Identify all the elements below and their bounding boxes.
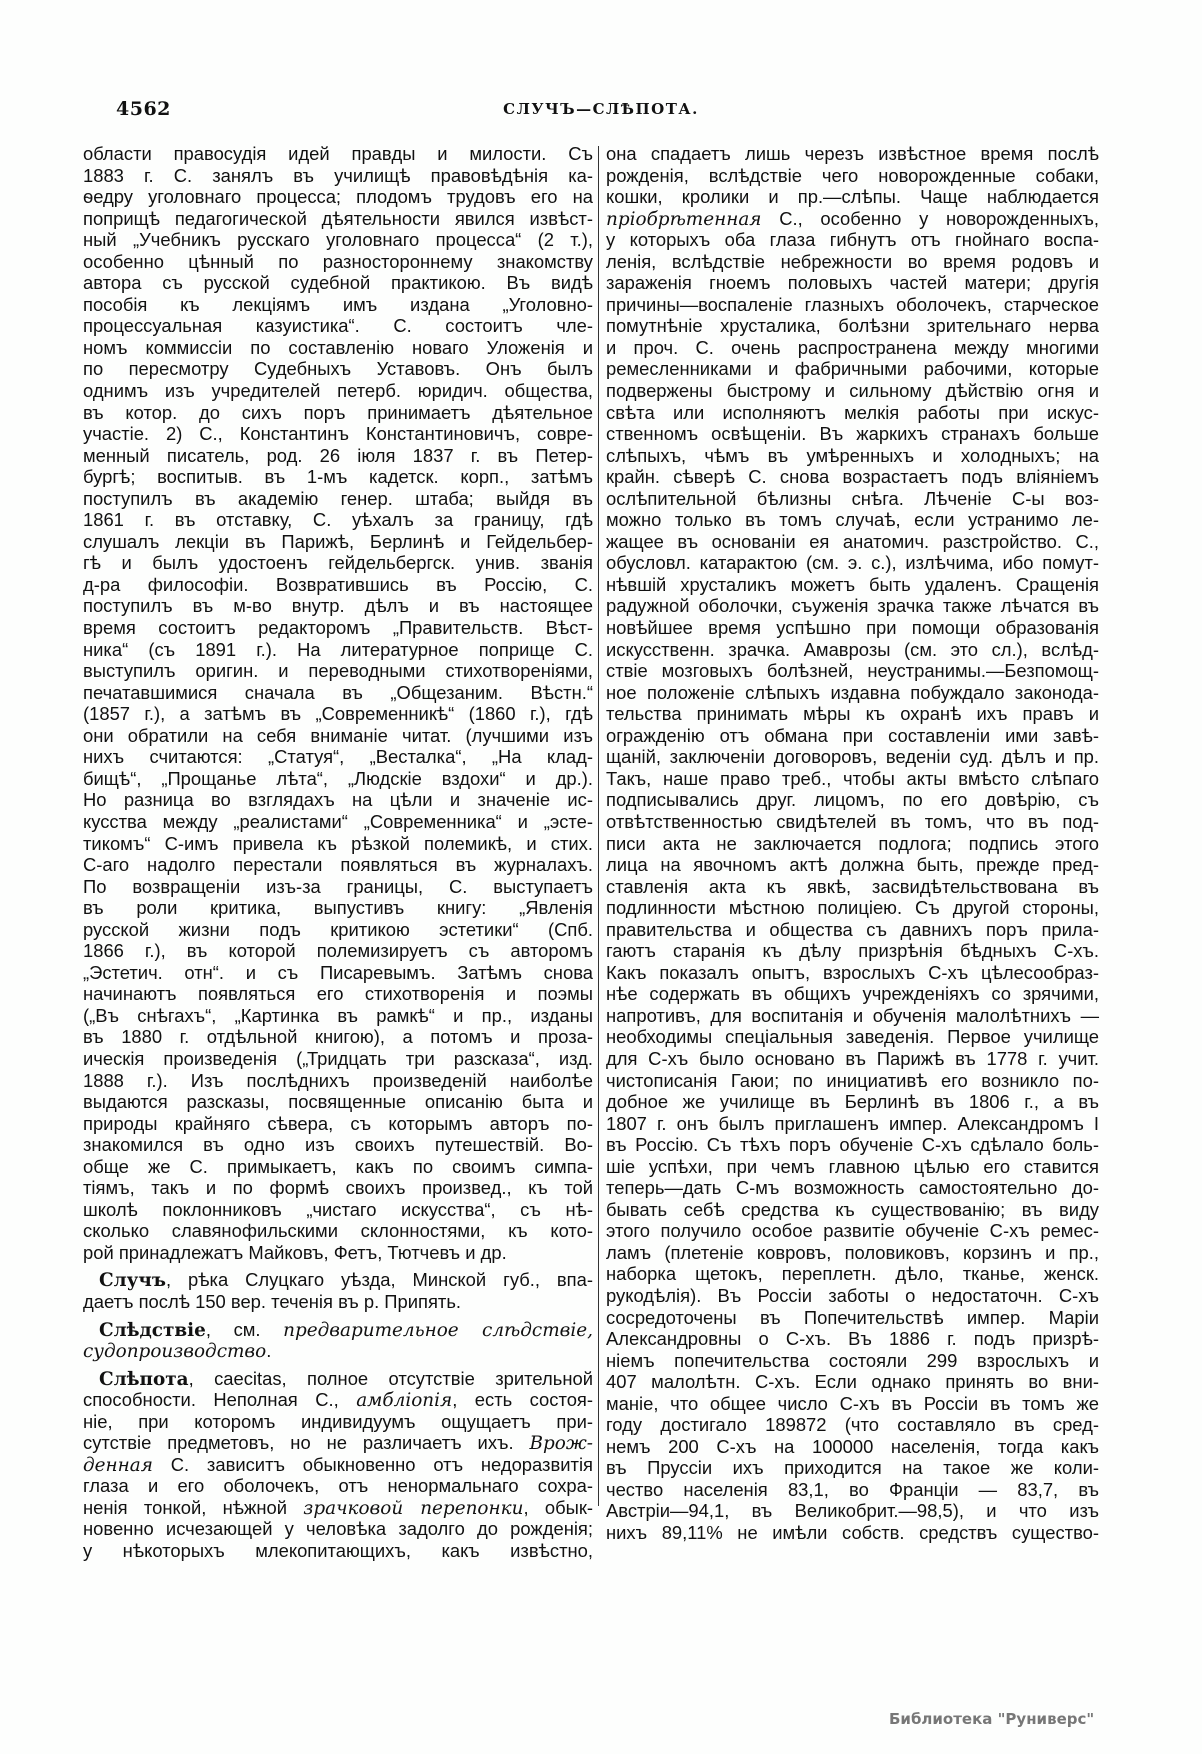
text-line: бургѣ; воспитыв. въ 1-мъ кадетск. корп.,… xyxy=(83,466,593,488)
text-line: помутнѣніе хрусталика, болѣзни зрительна… xyxy=(606,315,1099,337)
text-line: ственномъ освѣщеніи. Въ жаркихъ странахъ… xyxy=(606,423,1099,445)
text-run: ствіе мозговыхъ болѣзней, неустранимы.—Б… xyxy=(606,660,1099,681)
text-line: ное положеніе слѣпыхъ издавна побуждало … xyxy=(606,682,1099,704)
text-run: начинаютъ появляться его стихотворенія и… xyxy=(83,983,593,1004)
text-run: бывать себѣ средства къ существованію; в… xyxy=(606,1199,1099,1220)
text-line: году достигало 189872 (что составляло въ… xyxy=(606,1414,1099,1436)
text-line: рожденія, вслѣдствіе чего новорожденные … xyxy=(606,165,1099,187)
text-line: номъ коммиссіи по составленію новаго Уло… xyxy=(83,337,593,359)
text-line: школѣ поклонниковъ „чистаго искусства“, … xyxy=(83,1199,593,1221)
text-run: ника“ (съ 1891 г.). На литературное попр… xyxy=(83,639,593,660)
text-run: бургѣ; воспитыв. въ 1-мъ кадетск. корп.,… xyxy=(83,466,593,487)
text-run: этого получило особое развитіе обученіе … xyxy=(606,1220,1099,1241)
text-line: даетъ послѣ 150 вер. теченія въ р. Припя… xyxy=(83,1291,593,1313)
text-run: С., особенно у новорожденныхъ, xyxy=(762,208,1100,229)
text-run: щаній, заключеніи договоровъ, веденіи су… xyxy=(606,746,1099,767)
text-run: 1861 г. въ отставку, С. уѣхалъ за границ… xyxy=(83,509,593,530)
text-run: ніе, при которомъ индивидуумъ ощущаетъ п… xyxy=(83,1411,593,1432)
text-run: д-ра философіи. Возвратившись въ Россію,… xyxy=(83,574,593,595)
text-line: жащее въ основаніи ея анатомич. разстрой… xyxy=(606,531,1099,553)
text-line: рукодѣлія). Въ Россіи заботы о недостато… xyxy=(606,1285,1099,1307)
text-run: правительства и общества съ давнихъ поръ… xyxy=(606,919,1099,940)
text-line: сосредоточены въ Попечительствѣ импер. М… xyxy=(606,1307,1099,1329)
headword: Слѣпота xyxy=(99,1369,189,1390)
text-line: начинаютъ появляться его стихотворенія и… xyxy=(83,983,593,1005)
text-run: бищѣ“, „Прощанье лѣта“, „Людскіе вздохи“… xyxy=(83,768,593,789)
text-run: ственномъ освѣщеніи. Въ жаркихъ странахъ… xyxy=(606,423,1099,444)
text-run: въ роли критика, выпустивъ книгу: „Явлен… xyxy=(83,897,593,918)
text-line: По возвращеніи изъ-за границы, С. выступ… xyxy=(83,876,593,898)
text-line: необходимы спеціальныя заведенія. Первое… xyxy=(606,1026,1099,1048)
text-run: особенно цѣнный по разностороннему знако… xyxy=(83,251,593,272)
text-run: участіе. 2) С., Константинъ Константинов… xyxy=(83,423,593,444)
text-run: можно только въ томъ случаѣ, если устран… xyxy=(606,509,1099,530)
headword: Слѣдствіе xyxy=(99,1320,206,1341)
text-run: природы крайняго сѣвера, съ которымъ авт… xyxy=(83,1113,593,1134)
cross-reference: предварительное слѣдствіе, xyxy=(283,1320,593,1341)
text-run: тіямъ, такъ и по формѣ своихъ произвед.,… xyxy=(83,1177,593,1198)
text-line: 1807 г. онъ былъ приглашенъ импер. Алекс… xyxy=(606,1113,1099,1135)
text-line: обще же С. примыкаетъ, какъ по своимъ си… xyxy=(83,1156,593,1178)
text-run: автора съ русской судебной практикою. Въ… xyxy=(83,272,593,293)
text-run: рой принадлежатъ Майковъ, Фетъ, Тютчевъ … xyxy=(83,1242,507,1263)
text-run: , обык- xyxy=(523,1497,593,1518)
text-run: 1883 г. С. занялъ въ училищѣ правовѣдѣні… xyxy=(83,165,593,186)
text-run: крайн. сѣверѣ С. снова возрастаетъ подъ … xyxy=(606,466,1099,487)
text-line: новѣйшее время успѣшно при помощи образо… xyxy=(606,617,1099,639)
text-line: кошки, кролики и пр.—слѣпы. Чаще наблюда… xyxy=(606,186,1099,208)
text-line: природы крайняго сѣвера, съ которымъ авт… xyxy=(83,1113,593,1135)
text-line: ставленія акта къ явкѣ, засвидѣтельствов… xyxy=(606,876,1099,898)
text-line: Такъ, наше право треб., чтобы акты вмѣст… xyxy=(606,768,1099,790)
text-line: время состоитъ редакторомъ „Правительств… xyxy=(83,617,593,639)
text-line: лица на явочномъ актѣ должна быть, прежд… xyxy=(606,854,1099,876)
text-run: глаза и его оболочекъ, отъ ненормальнаго… xyxy=(83,1475,593,1496)
text-line: сколько славянофильскими склонностями, к… xyxy=(83,1220,593,1242)
text-line: процессуальная казуистика“. С. состоитъ … xyxy=(83,315,593,337)
text-line: щаній, заключеніи договоровъ, веденіи су… xyxy=(606,746,1099,768)
text-line: пособія къ лекціямъ имъ издана „Уголовно… xyxy=(83,294,593,316)
text-line: автора съ русской судебной практикою. Въ… xyxy=(83,272,593,294)
text-run: сосредоточены въ Попечительствѣ импер. М… xyxy=(606,1307,1099,1328)
text-line: подлинности мѣстною полиціею. Съ другой … xyxy=(606,897,1099,919)
text-line: напротивъ, для воспитанія и обученія мал… xyxy=(606,1005,1099,1027)
text-run: , есть состоя- xyxy=(452,1389,593,1410)
text-run: С. зависитъ обыкновенно отъ недоразвитія xyxy=(153,1454,593,1475)
text-run: у нѣкоторыхъ млекопитающихъ, какъ извѣст… xyxy=(83,1540,593,1561)
text-run: школѣ поклонниковъ „чистаго искусства“, … xyxy=(83,1199,593,1220)
headword: Случъ xyxy=(99,1270,166,1291)
text-run: поступилъ въ м-во внутр. дѣлъ и въ насто… xyxy=(83,595,593,616)
text-run: номъ коммиссіи по составленію новаго Уло… xyxy=(83,337,593,358)
text-run: гаютъ старанія къ дѣлу призрѣнія бѣдныхъ… xyxy=(606,940,1099,961)
text-run: жащее въ основаніи ея анатомич. разстрой… xyxy=(606,531,1099,552)
text-line: тіямъ, такъ и по формѣ своихъ произвед.,… xyxy=(83,1177,593,1199)
text-run: добное же училище въ Берлинѣ въ 1806 г.,… xyxy=(606,1091,1099,1112)
text-run: По возвращеніи изъ-за границы, С. выступ… xyxy=(83,876,593,897)
text-line: нихъ считаются: „Статуя“, „Весталка“, „Н… xyxy=(83,746,593,768)
text-run: теперь—дать С-мъ возможность самостоятел… xyxy=(606,1177,1099,1198)
text-line: ламъ (плетеніе ковровъ, половиковъ, корз… xyxy=(606,1242,1099,1264)
text-line: слушалъ лекціи въ Парижѣ, Берлинѣ и Гейд… xyxy=(83,531,593,553)
text-run: шіе успѣхи, при чемъ главною цѣлью его с… xyxy=(606,1156,1099,1177)
text-line: тикомъ“ С-имъ привела къ рѣзкой полемикѣ… xyxy=(83,833,593,855)
text-run: Какъ показалъ опытъ, взрослыхъ С-хъ цѣле… xyxy=(606,962,1099,983)
text-line: ослѣпительной бѣлизны снѣга. Лѣченіе С-ы… xyxy=(606,488,1099,510)
text-run: чество населенія 83,1, во Франціи — 83,7… xyxy=(606,1479,1099,1500)
text-run: нѣе содержать въ общихъ учрежденіяхъ со … xyxy=(606,983,1099,1004)
text-run: лица на явочномъ актѣ должна быть, прежд… xyxy=(606,854,1099,875)
text-run: , caecitas, полное отсутствіе зрительной xyxy=(189,1368,593,1389)
text-line: Но разница во взглядахъ на цѣли и значен… xyxy=(83,789,593,811)
text-line: ненія тонкой, нѣжной зрачковой перепонки… xyxy=(83,1497,593,1519)
text-run: Но разница во взглядахъ на цѣли и значен… xyxy=(83,789,593,810)
text-run: наборка щетокъ, переплетн. дѣло, тканье,… xyxy=(606,1263,1099,1284)
text-run: кошки, кролики и пр.—слѣпы. Чаще наблюда… xyxy=(606,186,1099,207)
text-run: въ 1880 г. отдѣльной книгою), а потомъ и… xyxy=(83,1026,593,1047)
text-line: писи акта не заключается подлога; подпис… xyxy=(606,833,1099,855)
text-run: выступилъ оригин. и переводными стихотво… xyxy=(83,660,593,681)
text-line: въ Россію. Съ тѣхъ поръ обученіе С-хъ сд… xyxy=(606,1134,1099,1156)
text-line: наборка щетокъ, переплетн. дѣло, тканье,… xyxy=(606,1263,1099,1285)
text-line: Случъ, рѣка Слуцкаго уѣзда, Минской губ.… xyxy=(83,1269,593,1291)
text-line: новенно исчезающей у человѣка задолго до… xyxy=(83,1518,593,1540)
text-run: зараженія гноемъ половыхъ частей матери;… xyxy=(606,272,1099,293)
text-line: слѣпыхъ, чѣмъ въ умѣренныхъ и холодныхъ;… xyxy=(606,445,1099,467)
text-run: , см. xyxy=(206,1319,283,1340)
text-run: гѣ и былъ удостоенъ гейдельбергск. унив.… xyxy=(83,552,593,573)
text-line: въ Пруссіи ихъ приходится на такое же ко… xyxy=(606,1457,1099,1479)
text-line: Александровны о С-хъ. Въ 1886 г. подъ пр… xyxy=(606,1328,1099,1350)
column-divider xyxy=(598,146,599,1506)
text-line: маніе, что общее число С-хъ въ Россіи въ… xyxy=(606,1393,1099,1415)
text-line: гаютъ старанія къ дѣлу призрѣнія бѣдныхъ… xyxy=(606,940,1099,962)
text-run: чистописанія Гаюи; по инициативѣ его воз… xyxy=(606,1070,1099,1091)
text-run: Австріи—94,1, въ Великобрит.—98,5), и чт… xyxy=(606,1500,1099,1521)
text-run: обусловл. катарактою (см. э. с.), излѣчи… xyxy=(606,552,1099,573)
text-line: въ роли критика, выпустивъ книгу: „Явлен… xyxy=(83,897,593,919)
text-line: ный „Учебникъ русскаго уголовнаго процес… xyxy=(83,229,593,251)
text-run: тикомъ“ С-имъ привела къ рѣзкой полемикѣ… xyxy=(83,833,593,854)
text-line: подвержены быстрому и сильному дѣйствію … xyxy=(606,380,1099,402)
text-line: причины—воспаленіе глазныхъ оболочекъ, с… xyxy=(606,294,1099,316)
text-run: искусственн. зрачка. Амаврозы (см. это с… xyxy=(606,639,1099,660)
text-run: слушалъ лекціи въ Парижѣ, Берлинѣ и Гейд… xyxy=(83,531,593,552)
text-run: въ Россію. Съ тѣхъ поръ обученіе С-хъ сд… xyxy=(606,1134,1099,1155)
text-line: по пересмотру Судебныхъ Уставовъ. Онъ бы… xyxy=(83,358,593,380)
text-run: кусства между „реалистами“ „Современника… xyxy=(83,811,593,832)
text-line: 1888 г.). Изъ послѣднихъ произведеній на… xyxy=(83,1070,593,1092)
text-line: денная С. зависитъ обыкновенно отъ недор… xyxy=(83,1454,593,1476)
text-line: сутствіе предметовъ, но не различаетъ их… xyxy=(83,1432,593,1454)
text-run: для С-хъ было основано въ Парижѣ въ 1778… xyxy=(606,1048,1099,1069)
text-run: напротивъ, для воспитанія и обученія мал… xyxy=(606,1005,1099,1026)
text-line: она спадаетъ лишь черезъ извѣстное время… xyxy=(606,143,1099,165)
text-run: 407 малолѣтн. С-хъ. Если однако принять … xyxy=(606,1371,1099,1392)
text-line: выступилъ оригин. и переводными стихотво… xyxy=(83,660,593,682)
text-line: 1866 г.), въ которой полемизируетъ съ ав… xyxy=(83,940,593,962)
text-line: огражденію отъ обмана при составленіи им… xyxy=(606,725,1099,747)
text-line: бывать себѣ средства къ существованію; в… xyxy=(606,1199,1099,1221)
text-run: Врож- xyxy=(530,1433,593,1454)
text-line: они обратили на себя вниманіе читат. (лу… xyxy=(83,725,593,747)
text-line: печатавшимися сначала въ „Общезаним. Вѣс… xyxy=(83,682,593,704)
text-line: поступилъ въ академію генер. штаба; выйд… xyxy=(83,488,593,510)
text-run: у которыхъ оба глаза гибнутъ отъ гнойнаг… xyxy=(606,229,1099,250)
text-line: нѣвшій хрусталикъ можетъ быть удаленъ. С… xyxy=(606,574,1099,596)
text-run: въ котор. до сихъ поръ принимаетъ дѣятел… xyxy=(83,402,593,423)
text-line: судопроизводство. xyxy=(83,1340,593,1362)
text-line: однимъ изъ учредителей петерб. юридич. о… xyxy=(83,380,593,402)
text-line: особенно цѣнный по разностороннему знако… xyxy=(83,251,593,273)
text-run: пособія къ лекціямъ имъ издана „Уголовно… xyxy=(83,294,593,315)
text-run: амбліопія xyxy=(356,1390,452,1411)
text-line: глаза и его оболочекъ, отъ ненормальнаго… xyxy=(83,1475,593,1497)
text-line: выдаются разсказы, посвященные описанію … xyxy=(83,1091,593,1113)
text-line: (1857 г.), а затѣмъ въ „Современникѣ“ (1… xyxy=(83,703,593,725)
text-run: нѣвшій хрусталикъ можетъ быть удаленъ. С… xyxy=(606,574,1099,595)
text-run: они обратили на себя вниманіе читат. (лу… xyxy=(83,725,593,746)
text-line: ствіе мозговыхъ болѣзней, неустранимы.—Б… xyxy=(606,660,1099,682)
text-line: „Эстетич. отн“. и съ Писаревымъ. Затѣмъ … xyxy=(83,962,593,984)
cross-reference: судопроизводство xyxy=(83,1341,266,1362)
text-run: огражденію отъ обмана при составленіи им… xyxy=(606,725,1099,746)
text-run: необходимы спеціальныя заведенія. Первое… xyxy=(606,1026,1099,1047)
text-line: 1861 г. въ отставку, С. уѣхалъ за границ… xyxy=(83,509,593,531)
text-run: рукодѣлія). Въ Россіи заботы о недостато… xyxy=(606,1285,1099,1306)
text-line: бищѣ“, „Прощанье лѣта“, „Людскіе вздохи“… xyxy=(83,768,593,790)
text-run: помутнѣніе хрусталика, болѣзни зрительна… xyxy=(606,315,1099,336)
text-run: однимъ изъ учредителей петерб. юридич. о… xyxy=(83,380,593,401)
text-run: 1866 г.), въ которой полемизируетъ съ ав… xyxy=(83,940,593,961)
text-line: ніе, при которомъ индивидуумъ ощущаетъ п… xyxy=(83,1411,593,1433)
text-run: маніе, что общее число С-хъ въ Россіи въ… xyxy=(606,1393,1099,1414)
text-run: способности. Неполная С., xyxy=(83,1389,356,1410)
text-line: области правосудія идей правды и милости… xyxy=(83,143,593,165)
text-line: ѳедру уголовнаго процесса; плодомъ трудо… xyxy=(83,186,593,208)
text-run: ическія произведенія („Тридцать три разс… xyxy=(83,1048,593,1069)
text-run: Александровны о С-хъ. Въ 1886 г. подъ пр… xyxy=(606,1328,1099,1349)
text-line: шіе успѣхи, при чемъ главною цѣлью его с… xyxy=(606,1156,1099,1178)
text-line: нихъ 89,11% не имѣли собств. средствъ су… xyxy=(606,1522,1099,1544)
text-run: ненія тонкой, нѣжной xyxy=(83,1497,303,1518)
text-run: по пересмотру Судебныхъ Уставовъ. Онъ бы… xyxy=(83,358,593,379)
text-run: году достигало 189872 (что составляло въ… xyxy=(606,1414,1099,1435)
text-line: въ 1880 г. отдѣльной книгою), а потомъ и… xyxy=(83,1026,593,1048)
text-line: свѣта или исполняютъ мелкія работы при и… xyxy=(606,402,1099,424)
text-run: она спадаетъ лишь черезъ извѣстное время… xyxy=(606,143,1099,164)
text-run: печатавшимися сначала въ „Общезаним. Вѣс… xyxy=(83,682,593,703)
text-line: искусственн. зрачка. Амаврозы (см. это с… xyxy=(606,639,1099,661)
text-line: радужной оболочки, съуженія зрачка также… xyxy=(606,595,1099,617)
watermark: Библиотека "Руниверс" xyxy=(889,1710,1094,1728)
text-run: русской жизни подъ критикою эстетики“ (С… xyxy=(83,919,593,940)
text-line: знакомился въ одно изъ своихъ путешестві… xyxy=(83,1134,593,1156)
text-run: , рѣка Слуцкаго уѣзда, Минской губ., впа… xyxy=(166,1269,593,1290)
text-run: свѣта или исполняютъ мелкія работы при и… xyxy=(606,402,1099,423)
text-run: поприщѣ педагогической дѣятельности явил… xyxy=(83,208,593,229)
text-run: подвержены быстрому и сильному дѣйствію … xyxy=(606,380,1099,401)
text-run: ставленія акта къ явкѣ, засвидѣтельствов… xyxy=(606,876,1099,897)
text-line: подписывались друг. лицомъ, по его довѣр… xyxy=(606,789,1099,811)
text-run: слѣпыхъ, чѣмъ въ умѣренныхъ и холодныхъ;… xyxy=(606,445,1099,466)
text-run: подлинности мѣстною полиціею. Съ другой … xyxy=(606,897,1099,918)
text-run: . xyxy=(266,1340,271,1361)
text-line: рой принадлежатъ Майковъ, Фетъ, Тютчевъ … xyxy=(83,1242,593,1264)
text-line: отвѣтственностью свидѣтелей въ томъ, что… xyxy=(606,811,1099,833)
text-run: нихъ 89,11% не имѣли собств. средствъ су… xyxy=(606,1522,1099,1543)
text-run: поступилъ въ академію генер. штаба; выйд… xyxy=(83,488,593,509)
text-run: области правосудія идей правды и милости… xyxy=(83,143,593,164)
text-line: способности. Неполная С., амбліопія, ест… xyxy=(83,1389,593,1411)
text-line: немъ 200 С-хъ на 100000 населенія, тогда… xyxy=(606,1436,1099,1458)
text-line: у нѣкоторыхъ млекопитающихъ, какъ извѣст… xyxy=(83,1540,593,1562)
text-run: процессуальная казуистика“. С. состоитъ … xyxy=(83,315,593,336)
text-line: крайн. сѣверѣ С. снова возрастаетъ подъ … xyxy=(606,466,1099,488)
text-line: („Въ снѣгахъ“, „Картинка въ рамкѣ“ и пр.… xyxy=(83,1005,593,1027)
text-line: обусловл. катарактою (см. э. с.), излѣчи… xyxy=(606,552,1099,574)
text-run: обще же С. примыкаетъ, какъ по своимъ си… xyxy=(83,1156,593,1177)
text-run: сколько славянофильскими склонностями, к… xyxy=(83,1220,593,1241)
text-run: радужной оболочки, съуженія зрачка также… xyxy=(606,595,1099,616)
text-run: С-аго надолго перестали появляться въ жу… xyxy=(83,854,593,875)
text-line: Слѣпота, caecitas, полное отсутствіе зри… xyxy=(83,1368,593,1390)
text-line: нѣе содержать въ общихъ учрежденіяхъ со … xyxy=(606,983,1099,1005)
text-line: Австріи—94,1, въ Великобрит.—98,5), и чт… xyxy=(606,1500,1099,1522)
text-line: С-аго надолго перестали появляться въ жу… xyxy=(83,854,593,876)
text-run: въ Пруссіи ихъ приходится на такое же ко… xyxy=(606,1457,1099,1478)
text-run: немъ 200 С-хъ на 100000 населенія, тогда… xyxy=(606,1436,1099,1457)
text-run: Такъ, наше право треб., чтобы акты вмѣст… xyxy=(606,768,1099,789)
text-line: ника“ (съ 1891 г.). На литературное попр… xyxy=(83,639,593,661)
text-line: зараженія гноемъ половыхъ частей матери;… xyxy=(606,272,1099,294)
text-line: чество населенія 83,1, во Франціи — 83,7… xyxy=(606,1479,1099,1501)
text-run: подписывались друг. лицомъ, по его довѣр… xyxy=(606,789,1099,810)
text-run: менный писатель, род. 26 іюля 1837 г. въ… xyxy=(83,445,593,466)
text-run: ремесленниками и фабричными рабочими, ко… xyxy=(606,358,1099,379)
text-line: русской жизни подъ критикою эстетики“ (С… xyxy=(83,919,593,941)
text-run: ніемъ попечительства состояли 299 взросл… xyxy=(606,1350,1099,1371)
text-line: ніемъ попечительства состояли 299 взросл… xyxy=(606,1350,1099,1372)
text-run: рожденія, вслѣдствіе чего новорожденные … xyxy=(606,165,1099,186)
text-line: и проч. С. очень распространена между мн… xyxy=(606,337,1099,359)
text-line: правительства и общества съ давнихъ поръ… xyxy=(606,919,1099,941)
text-line: менный писатель, род. 26 іюля 1837 г. въ… xyxy=(83,445,593,467)
text-run: тельства принимать мѣры къ охранѣ ихъ пр… xyxy=(606,703,1099,724)
text-run: ное положеніе слѣпыхъ издавна побуждало … xyxy=(606,682,1099,703)
running-head: СЛУЧЪ—СЛѢПОТА. xyxy=(0,100,1202,118)
text-run: „Эстетич. отн“. и съ Писаревымъ. Затѣмъ … xyxy=(83,962,593,983)
text-run: и проч. С. очень распространена между мн… xyxy=(606,337,1099,358)
text-run: ѳедру уголовнаго процесса; плодомъ трудо… xyxy=(83,186,593,207)
text-run: сутствіе предметовъ, но не различаетъ их… xyxy=(83,1432,530,1453)
text-line: д-ра философіи. Возвратившись въ Россію,… xyxy=(83,574,593,596)
text-line: участіе. 2) С., Константинъ Константинов… xyxy=(83,423,593,445)
text-run: 1807 г. онъ былъ приглашенъ импер. Алекс… xyxy=(606,1113,1099,1134)
text-line: у которыхъ оба глаза гибнутъ отъ гнойнаг… xyxy=(606,229,1099,251)
text-line: ремесленниками и фабричными рабочими, ко… xyxy=(606,358,1099,380)
column-left: области правосудія идей правды и милости… xyxy=(83,143,593,1562)
text-run: нихъ считаются: „Статуя“, „Весталка“, „Н… xyxy=(83,746,593,767)
text-run: новѣйшее время успѣшно при помощи образо… xyxy=(606,617,1099,638)
text-run: 1888 г.). Изъ послѣднихъ произведеній на… xyxy=(83,1070,593,1091)
text-run: выдаются разсказы, посвященные описанію … xyxy=(83,1091,593,1112)
text-run: причины—воспаленіе глазныхъ оболочекъ, с… xyxy=(606,294,1099,315)
text-run: ламъ (плетеніе ковровъ, половиковъ, корз… xyxy=(606,1242,1099,1263)
text-run: ослѣпительной бѣлизны снѣга. Лѣченіе С-ы… xyxy=(606,488,1099,509)
text-line: для С-хъ было основано въ Парижѣ въ 1778… xyxy=(606,1048,1099,1070)
text-run: („Въ снѣгахъ“, „Картинка въ рамкѣ“ и пр.… xyxy=(83,1005,593,1026)
text-run: отвѣтственностью свидѣтелей въ томъ, что… xyxy=(606,811,1099,832)
text-run: денная xyxy=(83,1455,153,1476)
text-line: въ котор. до сихъ поръ принимаетъ дѣятел… xyxy=(83,402,593,424)
text-line: поприщѣ педагогической дѣятельности явил… xyxy=(83,208,593,230)
text-line: ическія произведенія („Тридцать три разс… xyxy=(83,1048,593,1070)
text-run: зрачковой перепонки xyxy=(303,1498,523,1519)
text-run: ленія, вслѣдствіе небрежности во время р… xyxy=(606,251,1099,272)
text-line: ленія, вслѣдствіе небрежности во время р… xyxy=(606,251,1099,273)
text-line: 1883 г. С. занялъ въ училищѣ правовѣдѣні… xyxy=(83,165,593,187)
text-line: кусства между „реалистами“ „Современника… xyxy=(83,811,593,833)
text-line: добное же училище въ Берлинѣ въ 1806 г.,… xyxy=(606,1091,1099,1113)
text-run: даетъ послѣ 150 вер. теченія въ р. Припя… xyxy=(83,1291,461,1312)
text-run: писи акта не заключается подлога; подпис… xyxy=(606,833,1099,854)
text-line: Какъ показалъ опытъ, взрослыхъ С-хъ цѣле… xyxy=(606,962,1099,984)
text-run: новенно исчезающей у человѣка задолго до… xyxy=(83,1518,593,1539)
text-run: ный „Учебникъ русскаго уголовнаго процес… xyxy=(83,229,593,250)
text-line: пріобрѣтенная С., особенно у новорожденн… xyxy=(606,208,1099,230)
text-line: чистописанія Гаюи; по инициативѣ его воз… xyxy=(606,1070,1099,1092)
text-run: (1857 г.), а затѣмъ въ „Современникѣ“ (1… xyxy=(83,703,593,724)
column-right: она спадаетъ лишь черезъ извѣстное время… xyxy=(606,143,1099,1544)
text-run: время состоитъ редакторомъ „Правительств… xyxy=(83,617,593,638)
text-line: этого получило особое развитіе обученіе … xyxy=(606,1220,1099,1242)
text-line: тельства принимать мѣры къ охранѣ ихъ пр… xyxy=(606,703,1099,725)
text-run: пріобрѣтенная xyxy=(606,209,762,230)
text-line: можно только въ томъ случаѣ, если устран… xyxy=(606,509,1099,531)
text-run: знакомился въ одно изъ своихъ путешестві… xyxy=(83,1134,593,1155)
text-line: поступилъ въ м-во внутр. дѣлъ и въ насто… xyxy=(83,595,593,617)
text-line: Слѣдствіе, см. предварительное слѣдствіе… xyxy=(83,1319,593,1341)
text-line: гѣ и былъ удостоенъ гейдельбергск. унив.… xyxy=(83,552,593,574)
text-line: 407 малолѣтн. С-хъ. Если однако принять … xyxy=(606,1371,1099,1393)
text-line: теперь—дать С-мъ возможность самостоятел… xyxy=(606,1177,1099,1199)
